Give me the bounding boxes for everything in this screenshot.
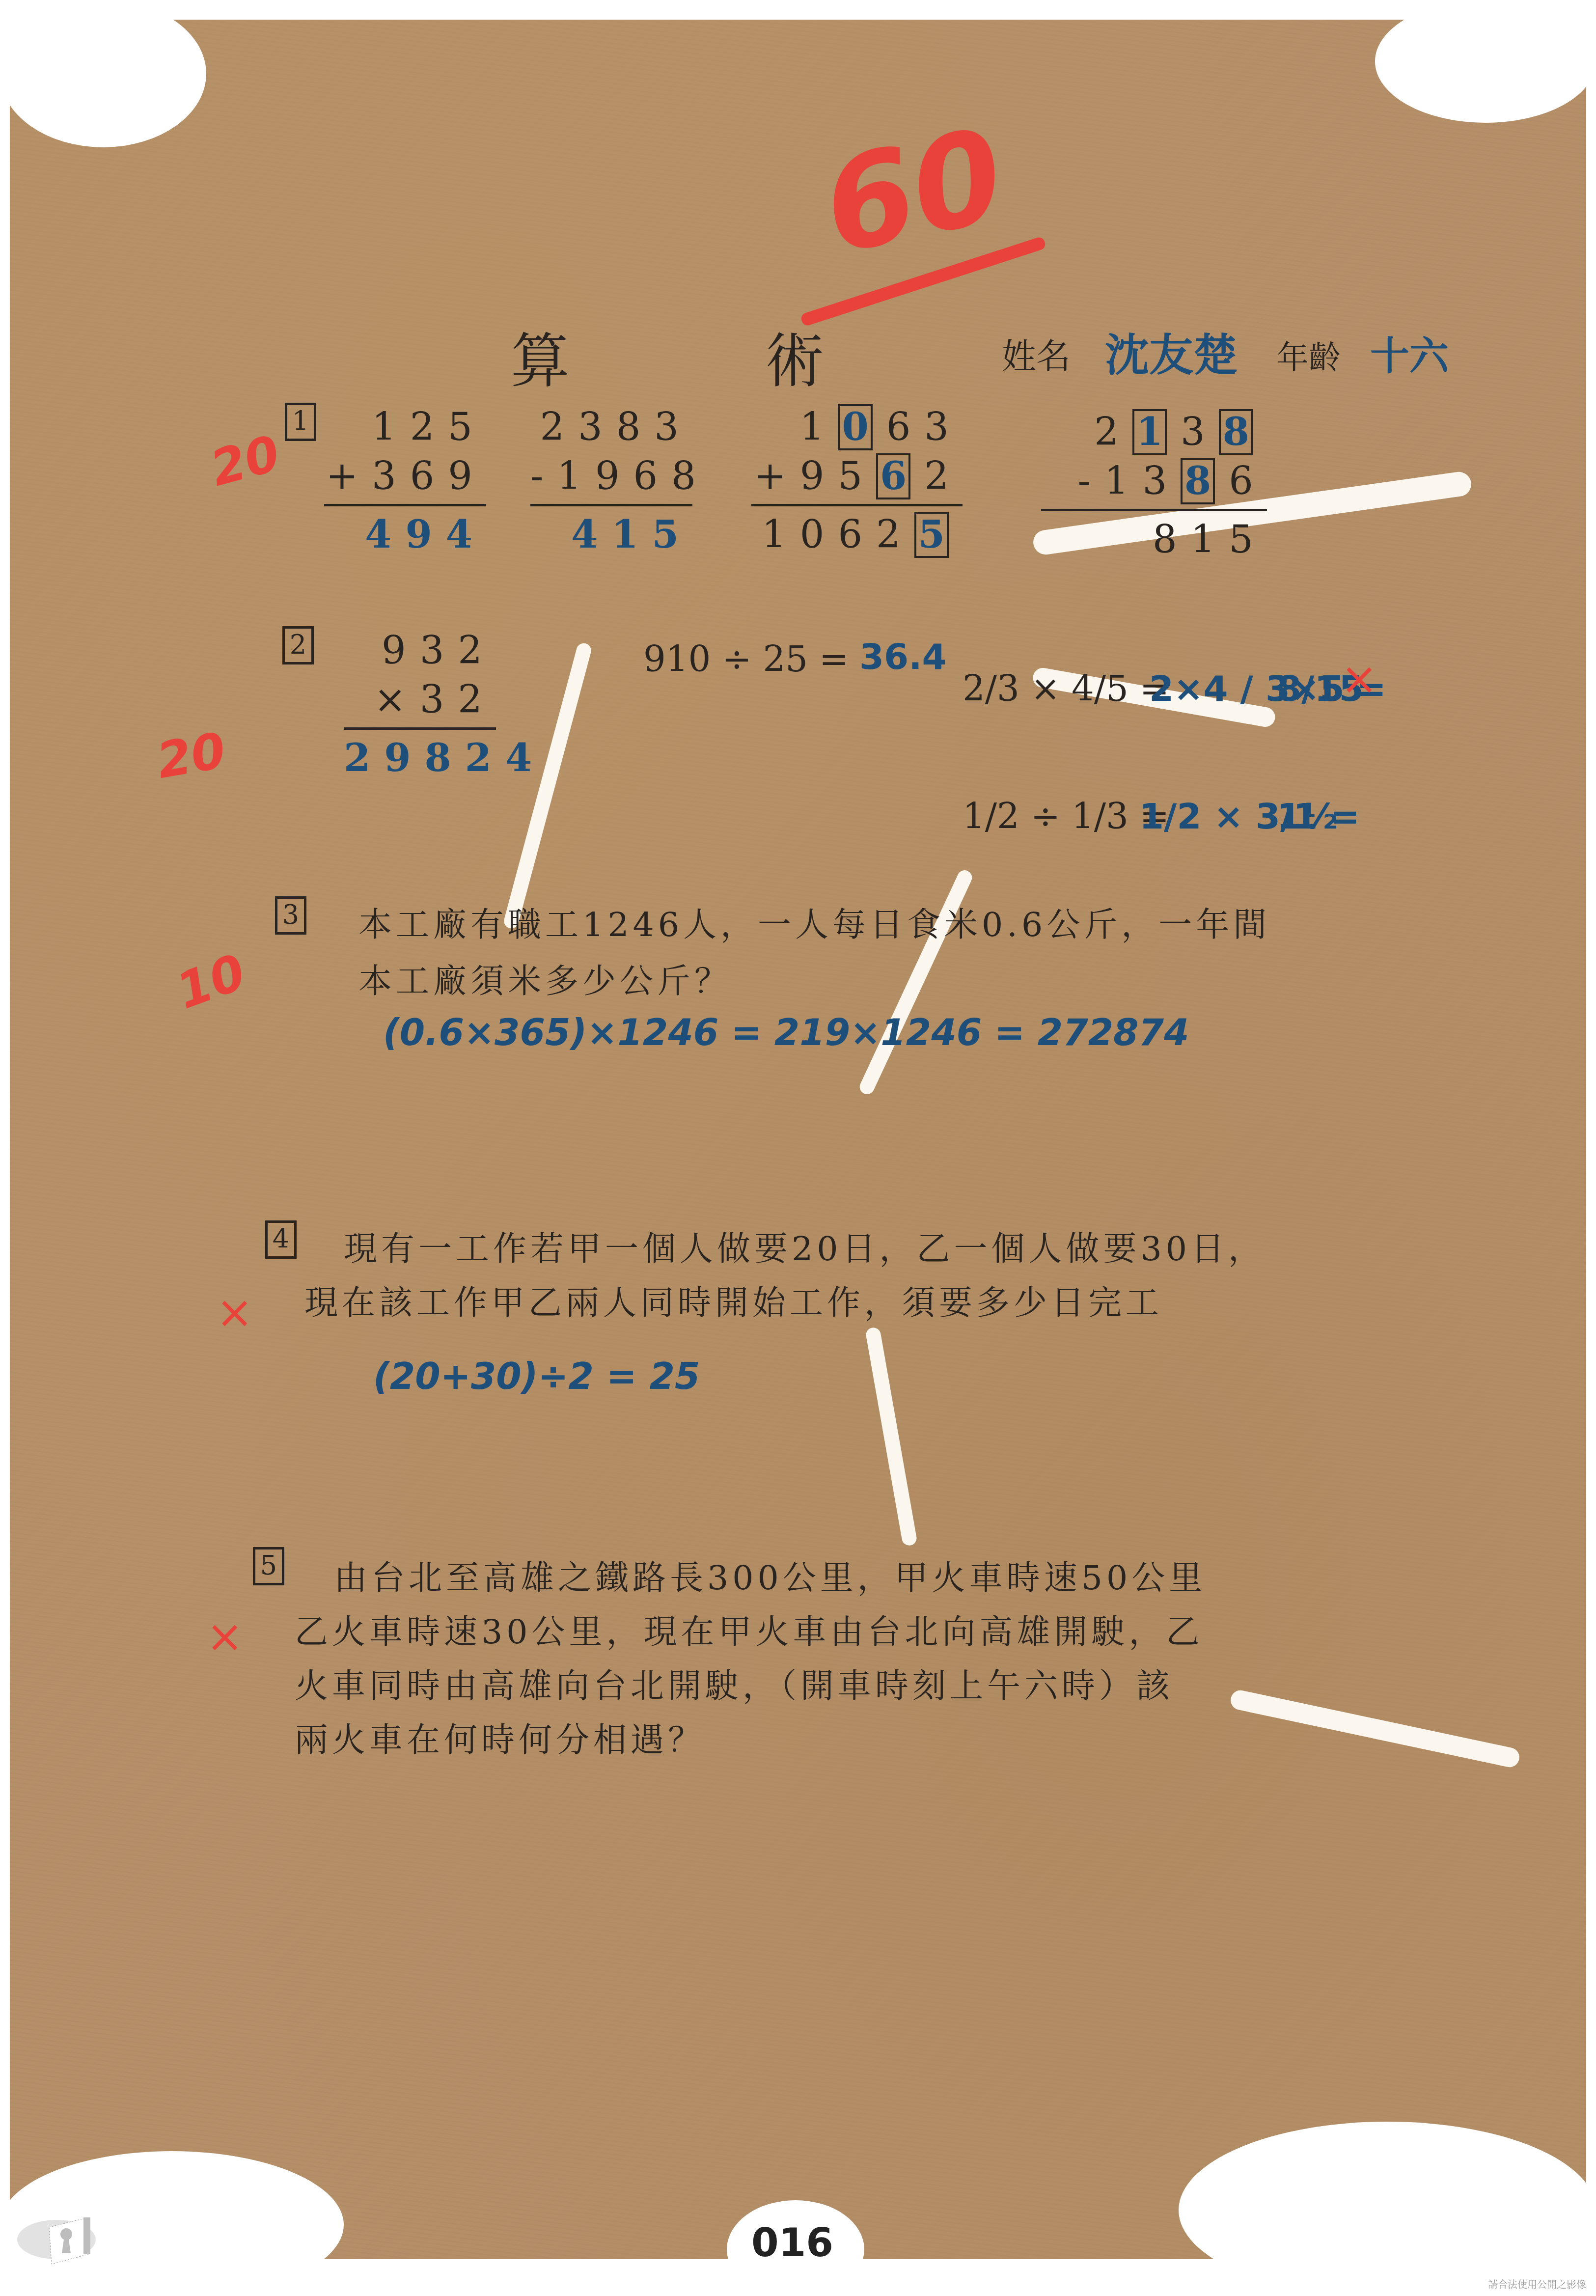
q5-text-line-2: 乙火車時速30公里，現在甲火車由台北向高雄開駛，乙	[295, 1606, 1204, 1659]
q1b-bottom: 1968	[557, 454, 710, 498]
q1b-answer: 415	[530, 510, 692, 559]
question-number-2: 2	[282, 626, 314, 664]
q3-text-line-2: 本工廠須米多少公斤？	[358, 955, 732, 1008]
q2-division-answer: 36.4	[859, 636, 947, 677]
q3-answer: (0.6×365)×1246 = 219×1246 = 272874	[383, 1012, 1189, 1054]
q2-wrong-mark: ×	[1341, 653, 1377, 705]
q1d-top-box-2: 8	[1219, 409, 1253, 455]
q1d-bottom-digits: 13	[1104, 459, 1181, 503]
q1d-top-digit: 2	[1094, 410, 1132, 454]
q4-answer: (20+30)÷2 = 25	[373, 1355, 700, 1398]
q1a-bottom: 369	[372, 454, 486, 498]
q2-mult-top: 932	[344, 626, 496, 675]
q1a-answer: 494	[324, 510, 486, 559]
q2-fraction-mult-question: 2/3 × 4/5 =	[963, 668, 1169, 709]
q1c-bottom-digits: 95	[800, 454, 876, 498]
question-5-wrong-mark: ×	[206, 1611, 243, 1662]
q1a-top: 125	[324, 403, 486, 452]
q1d-op: -	[1077, 459, 1104, 503]
q1d-top-box-1: 1	[1132, 409, 1167, 455]
name-label: 姓名	[1002, 329, 1071, 379]
question-number-4: 4	[265, 1220, 297, 1259]
q1b-top: 2383	[530, 403, 692, 452]
q1d-bottom-box: 8	[1181, 458, 1215, 504]
q1-addition-2: 1063 +9562 10625	[751, 403, 963, 559]
torn-corner	[1179, 2122, 1596, 2296]
question-number-1: 1	[285, 403, 316, 441]
question-number-5: 5	[253, 1547, 284, 1585]
q5-text-line-3: 火車同時由高雄向台北開駛，（開車時刻上午六時）該	[295, 1660, 1174, 1713]
q4-text-line-1: 現有一工作若甲一個人做要20日，乙一個人做要30日，	[344, 1223, 1266, 1276]
q2-fraction-div-question: 1/2 ÷ 1/3 =	[963, 796, 1169, 837]
q4-text-line-2: 現在該工作甲乙兩人同時開始工作，須要多少日完工	[304, 1277, 1163, 1330]
q1c-answer-digits: 1062	[762, 513, 914, 557]
torn-corner	[0, 0, 206, 147]
q5-text-line-1: 由台北至高雄之鐵路長300公里，甲火車時速50公里	[334, 1552, 1206, 1605]
q1c-bottom-box: 6	[876, 453, 910, 499]
q1a-op: +	[326, 454, 372, 498]
q1d-bottom-digit: 6	[1229, 459, 1267, 503]
q1c-top-box: 0	[838, 404, 872, 450]
student-name: 沈友楚	[1105, 319, 1238, 383]
q1c-answer-box: 5	[914, 512, 949, 558]
q2-fraction-div-answer: 1½	[1277, 796, 1338, 837]
page-number: 016	[751, 2220, 833, 2266]
question-2-score: 20	[153, 721, 230, 790]
q2-mult-answer: 29824	[344, 734, 496, 783]
question-4-wrong-mark: ×	[216, 1287, 253, 1338]
q1-subtraction-1: 2383 -1968 415	[530, 403, 692, 559]
q3-text-line-1: 本工廠有職工1246人，一人每日食米0.6公斤，一年間	[358, 899, 1270, 952]
q1d-answer: 815	[1041, 515, 1267, 564]
q2-mult-bottom: 32	[420, 678, 496, 722]
q1d-top-digit: 3	[1181, 410, 1219, 454]
page-title: 算 術	[511, 314, 912, 399]
archive-book-logo-icon	[15, 2205, 98, 2269]
q2-multiplication: 932 ×32 29824	[344, 626, 496, 783]
q1b-op: -	[530, 454, 557, 498]
q1-subtraction-2: 2138 -1386 815	[1041, 408, 1267, 564]
q2-mult-op: ×	[374, 678, 419, 722]
q1-addition-1: 125 +369 494	[324, 403, 486, 559]
q1c-op: +	[754, 454, 799, 498]
torn-corner	[1375, 0, 1596, 123]
q2-division-question: 910 ÷ 25 =	[643, 638, 849, 680]
q1c-top-digits: 63	[886, 405, 963, 449]
age-label: 年齡	[1277, 332, 1341, 378]
watermark-text: 請合法使用公開之影像	[1488, 2277, 1586, 2291]
q5-text-line-4: 兩火車在何時何分相遇？	[295, 1714, 705, 1767]
q1c-top-digit: 1	[800, 405, 838, 449]
question-number-3: 3	[275, 896, 306, 935]
q1c-bottom-digit: 2	[924, 454, 963, 498]
age-value: 十六	[1370, 324, 1449, 381]
